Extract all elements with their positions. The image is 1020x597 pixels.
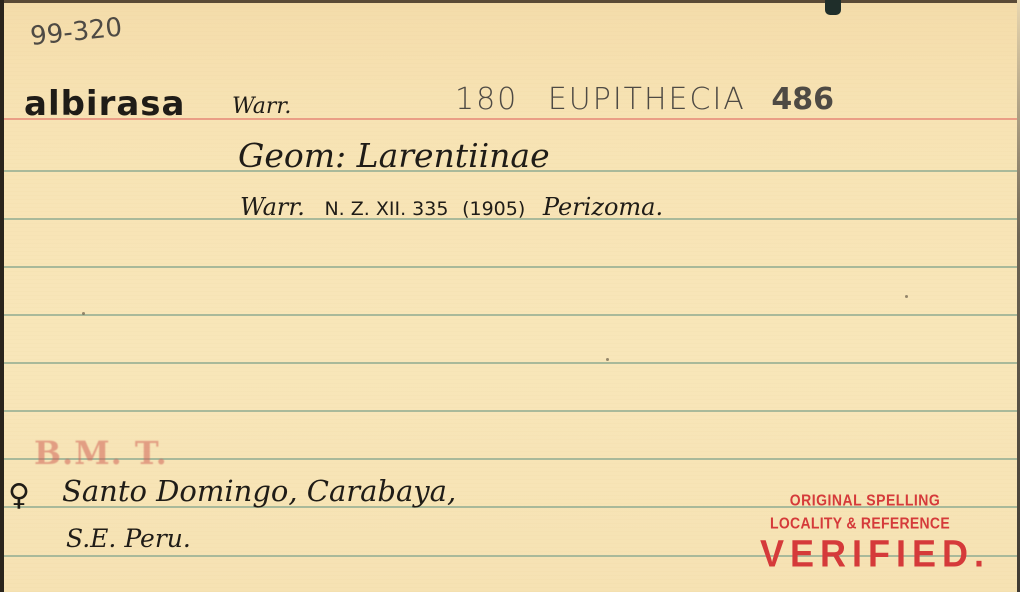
female-symbol-icon: ♀ xyxy=(8,478,30,513)
locality-line-2: S.E. Peru. xyxy=(66,524,191,553)
ruled-line xyxy=(4,410,1017,412)
card-top-edge xyxy=(0,0,1020,3)
genus-name: EUPITHECIA xyxy=(548,82,746,117)
ruled-line xyxy=(4,362,1017,364)
ruled-line xyxy=(4,266,1017,268)
paper-speck xyxy=(905,295,908,298)
genus-right-number: 486 xyxy=(771,82,834,117)
paper-speck xyxy=(82,312,85,315)
classification: Geom: Larentiinae xyxy=(238,136,550,175)
card-left-edge xyxy=(0,0,4,592)
stamp-line-3: VERIFIED. xyxy=(760,532,960,576)
reference-author: Warr. xyxy=(240,193,305,221)
ruled-line xyxy=(4,314,1017,316)
reference-publication: N. Z. XII. 335 xyxy=(324,198,448,220)
catalog-number: 99-320 xyxy=(29,13,124,52)
species-name: albirasa xyxy=(24,84,185,124)
bm-type-stamp: B.M. T. xyxy=(34,434,168,472)
verification-stamp: ORIGINAL SPELLING LOCALITY & REFERENCE V… xyxy=(760,492,960,575)
reference-year: (1905) xyxy=(462,198,525,220)
reference-original-genus: Perizoma. xyxy=(543,193,663,221)
card-tab-mark xyxy=(825,0,841,15)
genus-reference: 180 EUPITHECIA 486 xyxy=(455,82,834,117)
species-author: Warr. xyxy=(232,94,291,119)
stamp-line-2: LOCALITY & REFERENCE xyxy=(760,514,960,532)
stamp-line-1: ORIGINAL SPELLING xyxy=(770,491,960,509)
paper-speck xyxy=(606,358,609,361)
literature-reference: Warr. N. Z. XII. 335 (1905) Perizoma. xyxy=(240,193,663,221)
genus-left-number: 180 xyxy=(455,82,518,117)
index-card: 99-320 albirasa Warr. 180 EUPITHECIA 486… xyxy=(0,0,1020,592)
locality-line-1: Santo Domingo, Carabaya, xyxy=(62,474,456,508)
